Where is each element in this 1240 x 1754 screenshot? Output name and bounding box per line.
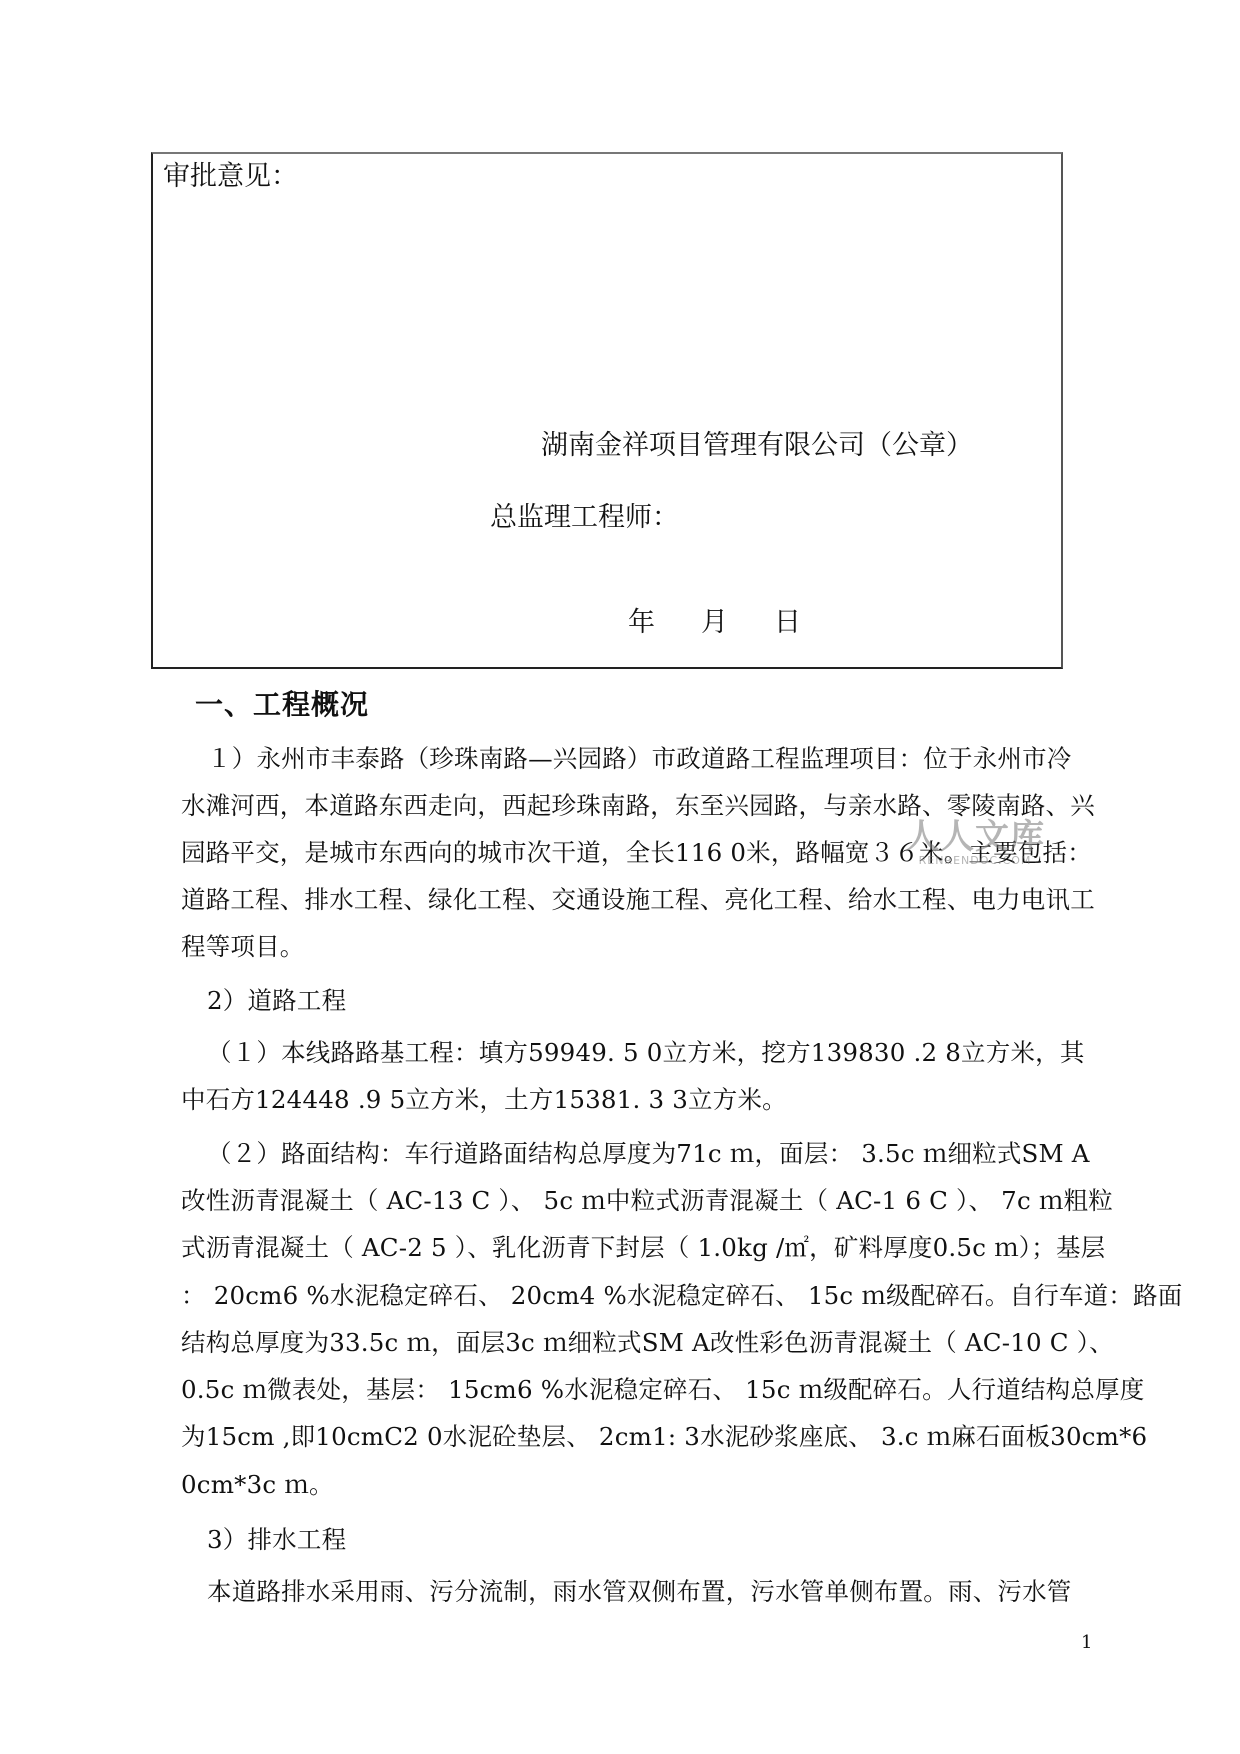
paragraph-line: ： 20cm6 %水泥稳定碎石、 20cm4 %水泥稳定碎石、 15c ｍ级配碎…	[181, 1281, 1182, 1311]
paragraph-line: 改性沥青混凝土（ AC-13 C ）、 5c ｍ中粒式沥青混凝土（ AC-1 6…	[181, 1186, 1113, 1216]
paragraph-line: 0cm*3c ｍ。	[181, 1470, 334, 1500]
paragraph-line: 式沥青混凝土（ AC-2 5 ）、乳化沥青下封层（ 1.0kg /㎡，矿料厚度0…	[181, 1233, 1105, 1263]
paragraph-line: （１）本线路路基工程：填方59949. 5 0立方米，挖方139830 .2 8…	[207, 1038, 1085, 1068]
paragraph-line: 0.5c ｍ微表处，基层： 15cm6 %水泥稳定碎石、 15c ｍ级配碎石。人…	[181, 1375, 1144, 1405]
paragraph-line: 为15cm ,即10cmC2 0水泥砼垫层、 2cm1: 3水泥砂浆座底、 3.…	[181, 1422, 1147, 1452]
paragraph-line: １）永州市丰泰路（珍珠南路—兴园路）市政道路工程监理项目：位于永州市冷	[207, 744, 1072, 774]
approval-label: 审批意见：	[163, 162, 298, 192]
section-heading: 一、工程概况	[195, 690, 369, 720]
date-year: 年	[628, 608, 655, 638]
company-seal-line: 湖南金祥项目管理有限公司（公章）	[541, 431, 973, 461]
subsection-heading: 2）道路工程	[207, 986, 346, 1016]
subsection-heading: 3）排水工程	[207, 1525, 346, 1555]
paragraph-line: 程等项目。	[181, 932, 305, 962]
watermark-title: 人人文库	[905, 820, 1045, 854]
date-day: 日	[774, 608, 801, 638]
page-number: 1	[1081, 1628, 1092, 1658]
watermark-subtitle: RENRENDOC.COM	[905, 854, 1045, 867]
date-month: 月	[701, 608, 728, 638]
paragraph-line: （２）路面结构：车行道路面结构总厚度为71c ｍ，面层： 3.5c ｍ细粒式SM…	[207, 1139, 1090, 1169]
paragraph-line: 结构总厚度为33.5c ｍ，面层3c ｍ细粒式SM A改性彩色沥青混凝土（ AC…	[181, 1328, 1114, 1358]
approval-box	[151, 152, 1063, 669]
paragraph-line: 道路工程、排水工程、绿化工程、交通设施工程、亮化工程、给水工程、电力电讯工	[181, 885, 1095, 915]
paragraph-line: 中石方124448 .9 5立方米，土方15381. 3 3立方米。	[181, 1085, 787, 1115]
date-line: 年月日	[628, 608, 847, 638]
paragraph-line: 本道路排水采用雨、污分流制，雨水管双侧布置，污水管单侧布置。雨、污水管	[207, 1577, 1072, 1607]
chief-supervisor-label: 总监理工程师：	[490, 503, 679, 533]
watermark: 人人文库 RENRENDOC.COM	[905, 820, 1045, 867]
